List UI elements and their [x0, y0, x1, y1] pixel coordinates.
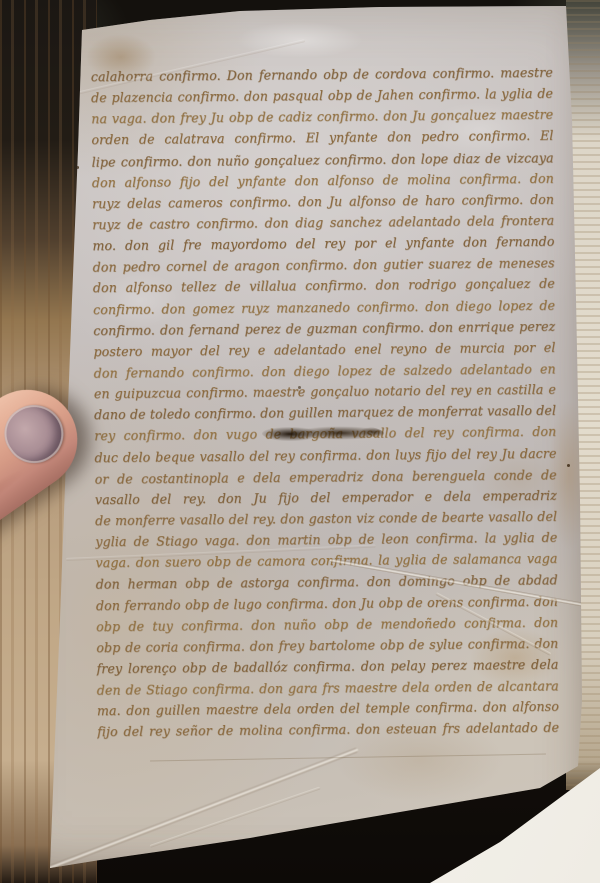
manuscript-line: fijo del rey señor de molina confirma. d…: [97, 717, 559, 743]
thumb-nail: [0, 393, 75, 474]
ruling-line: [150, 754, 546, 762]
ink-blot: [262, 423, 384, 444]
manuscript-line: den de Stiago confirma. don gara frs mae…: [97, 675, 559, 701]
manuscript-page: calahorra confirmo. Don fernando obp de …: [0, 0, 600, 883]
manuscript-line: don pedro cornel de aragon confirmo. don…: [93, 253, 555, 279]
speck: [567, 464, 570, 467]
manuscript-line: don herman obp de astorga confirma. don …: [96, 570, 558, 596]
manuscript-line: or de costantinopla e dela emperadriz do…: [95, 464, 557, 490]
manuscript-text: calahorra confirmo. Don fernando obp de …: [91, 62, 559, 743]
photo-frame: calahorra confirmo. Don fernando obp de …: [0, 0, 600, 883]
manuscript-line: lipe confirmo. don nuño gonçaluez confir…: [92, 147, 554, 173]
manuscript-line: don fernando confirmo. don diego lopez d…: [94, 358, 556, 384]
speck: [298, 386, 301, 389]
